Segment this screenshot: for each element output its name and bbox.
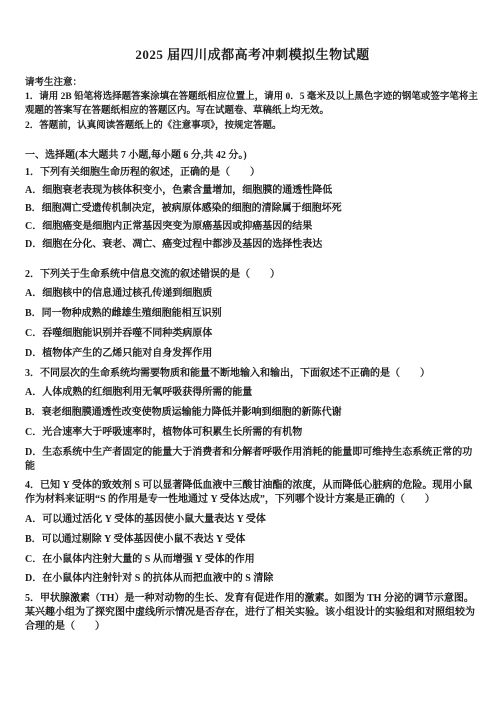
question-1-option-c: C．细胞癌变是细胞内正常基因突变为原癌基因或抑癌基因的结果 (25, 220, 480, 234)
question-1-option-d: D．细胞在分化、衰老、凋亡、癌变过程中都涉及基因的选择性表达 (25, 238, 480, 252)
notice-item-2: 2．答题前，认真阅读答题纸上的《注意事项》，按规定答题。 (25, 119, 480, 133)
question-1-option-b: B．细胞凋亡受遗传机制决定，被病原体感染的细胞的清除属于细胞坏死 (25, 202, 480, 216)
question-3-option-a: A．人体成熟的红细胞利用无氧呼吸获得所需的能量 (25, 386, 480, 400)
notice-item-1: 1．请用 2B 铅笔将选择题答案涂填在答题纸相应位置上，请用 0．5 毫米及以上… (25, 90, 480, 118)
question-1-stem: 1．下列有关细胞生命历程的叙述，正确的是（ ） (25, 166, 480, 180)
section-header-choice-questions: 一、选择题(本大题共 7 小题,每小题 6 分,共 42 分。) (25, 149, 480, 163)
notice-heading: 请考生注意： (25, 76, 480, 90)
question-5-stem: 5．甲状腺激素（TH）是一种对动物的生长、发育有促进作用的激素。如图为 TH 分… (25, 592, 480, 633)
question-1: 1．下列有关细胞生命历程的叙述，正确的是（ ） A．细胞衰老表现为核体积变小，色… (25, 166, 480, 252)
question-4-stem: 4．已知 Y 受体的致效剂 S 可以显著降低血液中三酸甘油酯的浓度，从而降低心脏… (25, 479, 480, 507)
question-1-option-a: A．细胞衰老表现为核体积变小，色素含量增加，细胞膜的通透性降低 (25, 184, 480, 198)
question-3-option-c: C．光合速率大于呼吸速率时，植物体可积累生长所需的有机物 (25, 426, 480, 440)
question-5: 5．甲状腺激素（TH）是一种对动物的生长、发育有促进作用的激素。如图为 TH 分… (25, 592, 480, 633)
question-2-option-c: C．吞噬细胞能识别并吞噬不同种类病原体 (25, 327, 480, 341)
page-title: 2025 届四川成都高考冲刺模拟生物试题 (25, 47, 480, 63)
question-2: 2．下列关于生命系统中信息交流的叙述错误的是（ ） A．细胞核中的信息通过核孔传… (25, 268, 480, 361)
exam-paper-page: 2025 届四川成都高考冲刺模拟生物试题 请考生注意： 1．请用 2B 铅笔将选… (0, 0, 500, 707)
question-4-option-c: C．在小鼠体内注射大量的 S 从而增强 Y 受体的作用 (25, 553, 480, 567)
question-2-option-d: D．植物体产生的乙烯只能对自身发挥作用 (25, 347, 480, 361)
exam-notice: 请考生注意： 1．请用 2B 铅笔将选择题答案涂填在答题纸相应位置上，请用 0．… (25, 76, 480, 133)
question-2-option-b: B．同一物种成熟的雌雄生殖细胞能相互识别 (25, 307, 480, 321)
question-4-option-d: D．在小鼠体内注射针对 S 的抗体从而把血液中的 S 清除 (25, 572, 480, 586)
question-3-stem: 3．不同层次的生命系统均需要物质和能量不断地输入和输出，下面叙述不正确的是（ ） (25, 367, 480, 381)
question-2-option-a: A．细胞核中的信息通过核孔传递到细胞质 (25, 287, 480, 301)
question-4-option-b: B．可以通过剔除 Y 受体基因使小鼠不表达 Y 受体 (25, 533, 480, 547)
question-3-option-d: D．生态系统中生产者固定的能量大于消费者和分解者呼吸作用消耗的能量即可维持生态系… (25, 446, 480, 474)
question-3-option-b: B．衰老细胞膜通透性改变使物质运输能力降低并影响到细胞的新陈代谢 (25, 406, 480, 420)
question-4-option-a: A．可以通过活化 Y 受体的基因使小鼠大量表达 Y 受体 (25, 513, 480, 527)
question-3: 3．不同层次的生命系统均需要物质和能量不断地输入和输出，下面叙述不正确的是（ ）… (25, 367, 480, 474)
question-4: 4．已知 Y 受体的致效剂 S 可以显著降低血液中三酸甘油酯的浓度，从而降低心脏… (25, 479, 480, 586)
question-2-stem: 2．下列关于生命系统中信息交流的叙述错误的是（ ） (25, 268, 480, 282)
